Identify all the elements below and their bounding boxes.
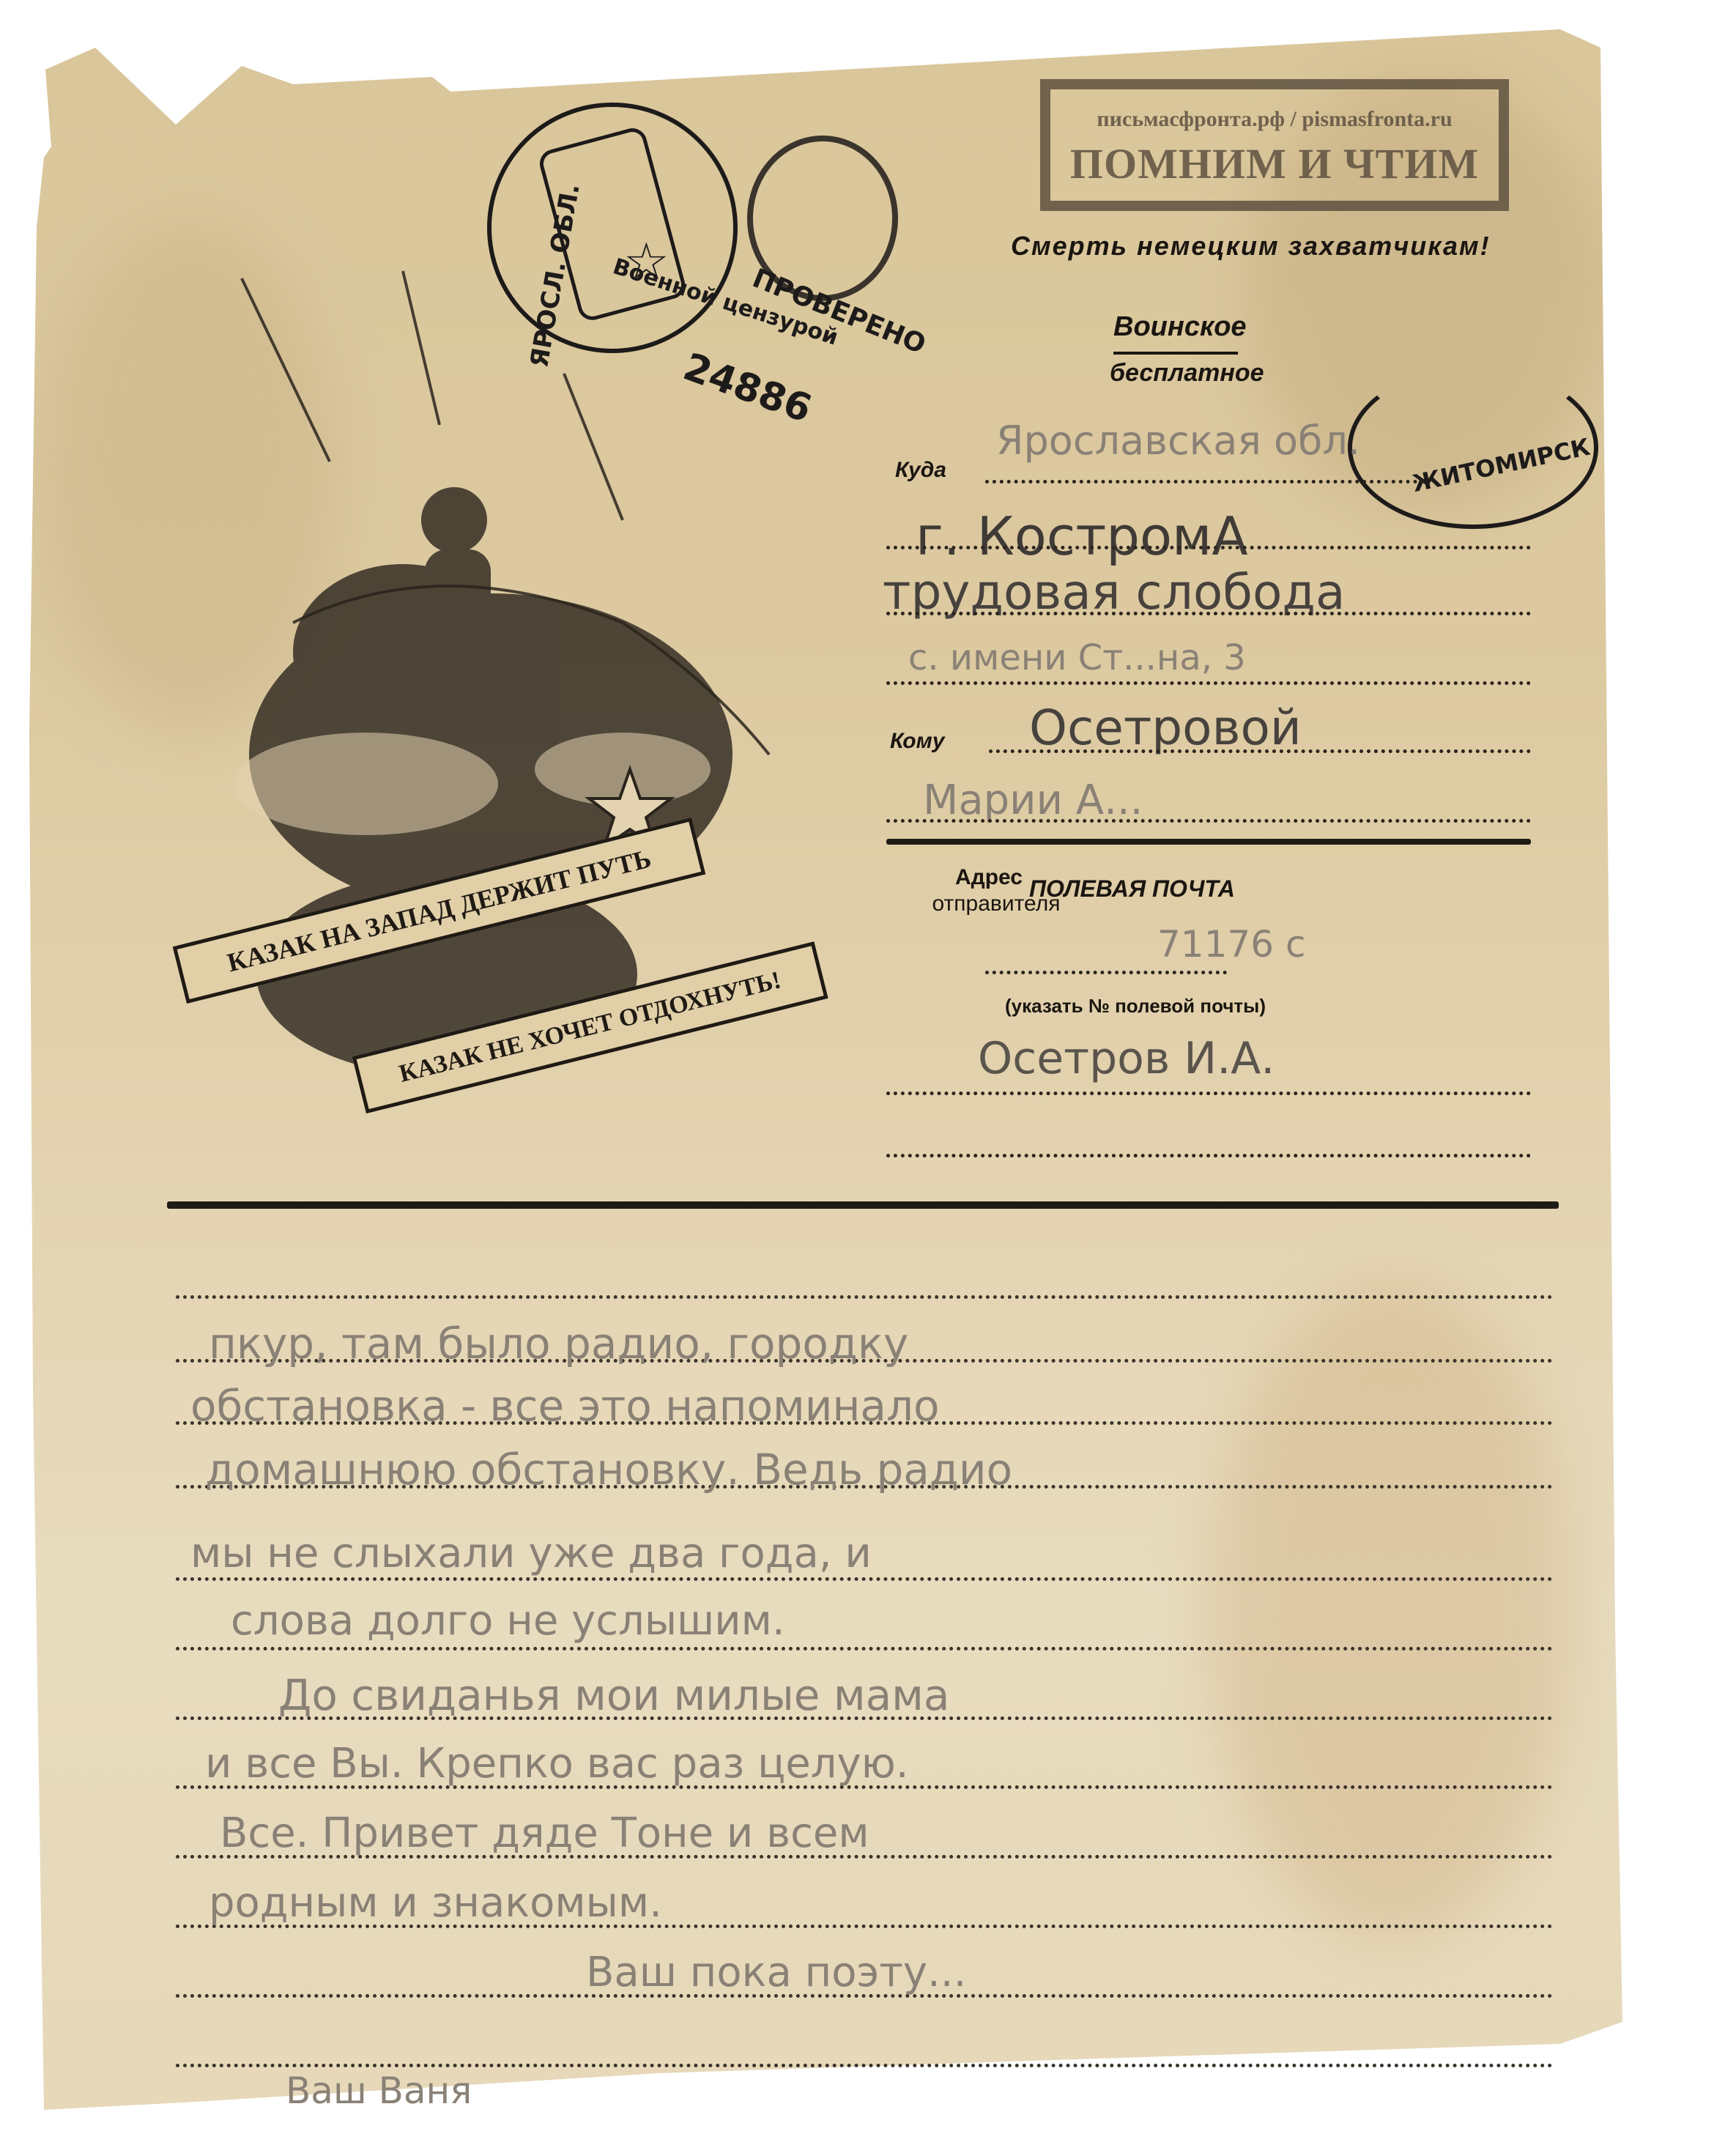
military-label: Воинское (1113, 311, 1247, 343)
watermark-box: письмасфронта.рф / pismasfronta.ru ПОМНИ… (1040, 79, 1509, 211)
letter-line-1: пкур, там было радио, городку (209, 1319, 908, 1368)
to-dotline-4 (886, 681, 1531, 685)
letter-line-8: Все. Привет дяде Тоне и всем (220, 1809, 869, 1857)
receiving-stamp: ЖИТОМИРСК (1348, 366, 1598, 529)
field-post-label: ПОЛЕВАЯ ПОЧТА (1029, 875, 1235, 903)
to-dotline-3 (886, 612, 1531, 615)
sender-dotline-2 (886, 1154, 1531, 1157)
to-dotline-2 (886, 546, 1531, 549)
letter-line-6: До свиданья мои милые мама (278, 1670, 949, 1720)
letter-line-3: домашнюю обстановку. Ведь радио (205, 1445, 1012, 1494)
watermark-url: письмасфронта.рф / pismasfronta.ru (1050, 107, 1499, 132)
field-post-dotline (985, 971, 1227, 974)
ruled-line (176, 1647, 1553, 1650)
recipient-dotline-1 (989, 749, 1531, 753)
sender-name: Осетров И.А. (978, 1033, 1275, 1084)
signature-fragment: Ваш Ваня (286, 2070, 472, 2112)
letter-line-9: родным и знакомым. (209, 1879, 662, 1927)
recipient-label: Кому (890, 729, 945, 754)
ruled-line (176, 1295, 1553, 1299)
letter-line-7: и все Вы. Крепко вас раз целую. (205, 1740, 909, 1787)
ruled-line (176, 2064, 1553, 2067)
receiving-stamp-text: ЖИТОМИРСК (1410, 433, 1592, 497)
watermark-title: ПОМНИМ И ЧТИМ (1050, 139, 1499, 188)
to-dotline-1 (985, 480, 1425, 484)
to-label: Куда (895, 458, 946, 483)
recipient-dotline-2 (886, 819, 1531, 823)
sender-dotline-1 (886, 1092, 1531, 1095)
field-post-number: 71176 с (1157, 923, 1305, 966)
field-post-hint: (указать № полевой почты) (952, 993, 1318, 1019)
ruled-line (176, 1577, 1553, 1581)
free-label: бесплатное (1110, 359, 1264, 388)
to-line-city: г. КостромА (916, 505, 1248, 567)
address-divider (886, 839, 1531, 845)
slogan: Смерть немецким захватчикам! (1011, 231, 1491, 262)
to-line-extra: с. имени Ст...на, 3 (908, 637, 1246, 678)
letter-line-5: слова долго не услышим. (231, 1597, 785, 1645)
letter-line-4: мы не слыхали уже два года, и (190, 1530, 872, 1577)
recipient-firstname: Марии А... (923, 777, 1143, 824)
main-divider (167, 1201, 1559, 1209)
letter-line-2: обстановка - все это напоминало (190, 1381, 940, 1431)
recipient-surname: Осетровой (1029, 700, 1302, 756)
to-line-region: Ярославская обл. (996, 418, 1360, 464)
letter-line-10: Ваш пока поэту... (586, 1949, 966, 1996)
divider-short (1113, 352, 1238, 355)
